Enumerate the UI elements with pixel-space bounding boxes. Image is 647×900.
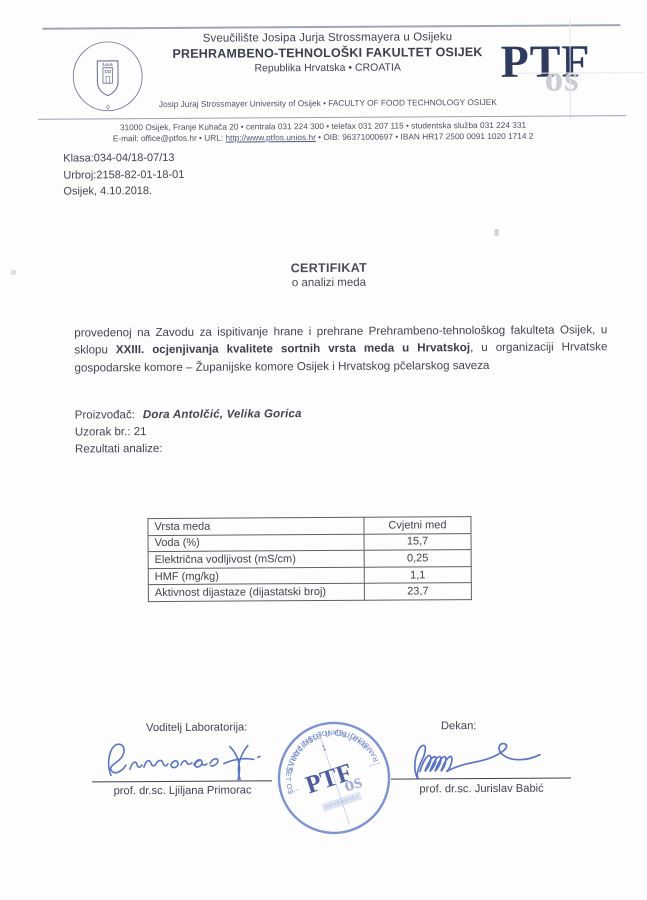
top-rule	[42, 24, 620, 29]
producer-name: Dora Antolčić, Velika Gorica	[143, 408, 302, 421]
place-date-line: Osijek, 4.10.2018.	[63, 183, 184, 200]
table-cell-value: 0,25	[364, 550, 471, 567]
urbroj-line: Urbroj:2158-82-01-18-01	[63, 166, 184, 183]
producer-line: Proizvođač:Dora Antolčić, Velika Gorica	[75, 406, 302, 424]
table-row: Voda (%)15,7	[148, 533, 471, 552]
contact-line-2: E-mail: office@ptfos.hr • URL: http://ww…	[58, 130, 588, 144]
document-meta: Klasa:034-04/18-07/13 Urbroj:2158-82-01-…	[63, 150, 184, 200]
table-cell-param: Voda (%)	[148, 534, 364, 552]
lab-head-title: Voditelj Laboratorija:	[97, 721, 297, 734]
producer-block: Proizvođač:Dora Antolčić, Velika Gorica …	[75, 406, 302, 458]
table-cell-param: Vrsta meda	[148, 517, 364, 535]
klasa-line: Klasa:034-04/18-07/13	[63, 150, 184, 167]
table-cell-param: HMF (mg/kg)	[148, 567, 364, 585]
table-cell-value: 23,7	[364, 583, 471, 600]
table-cell-value: 1,1	[364, 566, 471, 583]
table-row: Električna vodljivost (mS/cm)0,25	[148, 550, 471, 569]
faculty-name: PREHRAMBENO-TEHNOLOŠKI FAKULTET OSIJEK	[148, 45, 508, 61]
body-paragraph: provedenoj na Zavodu za ispitivanje hran…	[74, 321, 607, 376]
header-text: Sveučilište Josipa Jurja Strossmayera u …	[147, 31, 507, 75]
seal-ring-text: SVEUČILIŠTE JOSIPA JURJA STROSSMAYERA U …	[64, 33, 154, 35]
table-row: HMF (mg/kg)1,1	[148, 566, 471, 585]
results-label: Rezultati analize:	[75, 440, 302, 458]
stamp-number: 1	[320, 742, 328, 753]
dean-name: prof. dr.sc. Jurislav Babić	[389, 782, 574, 795]
ptf-logo-sub: os	[545, 60, 580, 97]
lab-head-name: prof. dr.sc. Ljiljana Primorac	[90, 784, 275, 797]
document-title: CERTIFIKAT	[0, 259, 647, 277]
table-row: Aktivnost dijastaze (dijastatski broj)23…	[148, 583, 471, 602]
scanned-document: SVEUČILIŠTE JOSIPA JURJA STROSSMAYERA U …	[0, 0, 647, 900]
table-cell-value: Cvjetni med	[364, 517, 471, 534]
country-line: Republika Hrvatska • CROATIA	[148, 61, 508, 75]
dean-signature	[400, 736, 580, 781]
contact-email: E-mail: office@ptfos.hr • URL:	[113, 132, 226, 143]
contact-oib-iban: • OIB: 96371000697 • IBAN HR17 2500 0091…	[316, 130, 534, 141]
sample-number-line: Uzorak br.: 21	[75, 423, 302, 441]
header-text-english: Josip Juraj Strossmayer University of Os…	[108, 97, 548, 110]
faculty-stamp: Sveučilište u Osijeku 1 PTF os PREHRAMBE…	[271, 715, 398, 842]
results-table: Vrsta medaCvjetni med Voda (%)15,7 Elekt…	[147, 516, 472, 602]
certificate-page: SVEUČILIŠTE JOSIPA JURJA STROSSMAYERA U …	[0, 0, 647, 900]
dean-title: Dekan:	[379, 720, 539, 733]
stamp-center-sub: os	[341, 770, 365, 797]
table-cell-param: Električna vodljivost (mS/cm)	[148, 550, 364, 568]
body-text-bold: XXIII. ocjenjivanja kvalitete sortnih vr…	[116, 342, 470, 357]
contact-info: 31000 Osijek, Franje Kuhača 20 • central…	[58, 119, 588, 143]
lab-head-signature	[98, 736, 273, 785]
table-cell-value: 15,7	[364, 533, 471, 550]
producer-label: Proizvođač:	[75, 409, 135, 421]
website-link[interactable]: http://www.ptfos.unios.hr	[225, 132, 315, 143]
scan-artifact	[495, 229, 499, 236]
table-cell-param: Aktivnost dijastaze (dijastatski broj)	[148, 584, 364, 602]
stamp-blurred-number	[322, 792, 362, 812]
document-subtitle: o analizi meda	[0, 275, 647, 291]
university-name: Sveučilište Josipa Jurja Strossmayera u …	[147, 31, 507, 45]
table-row: Vrsta medaCvjetni med	[148, 517, 471, 536]
